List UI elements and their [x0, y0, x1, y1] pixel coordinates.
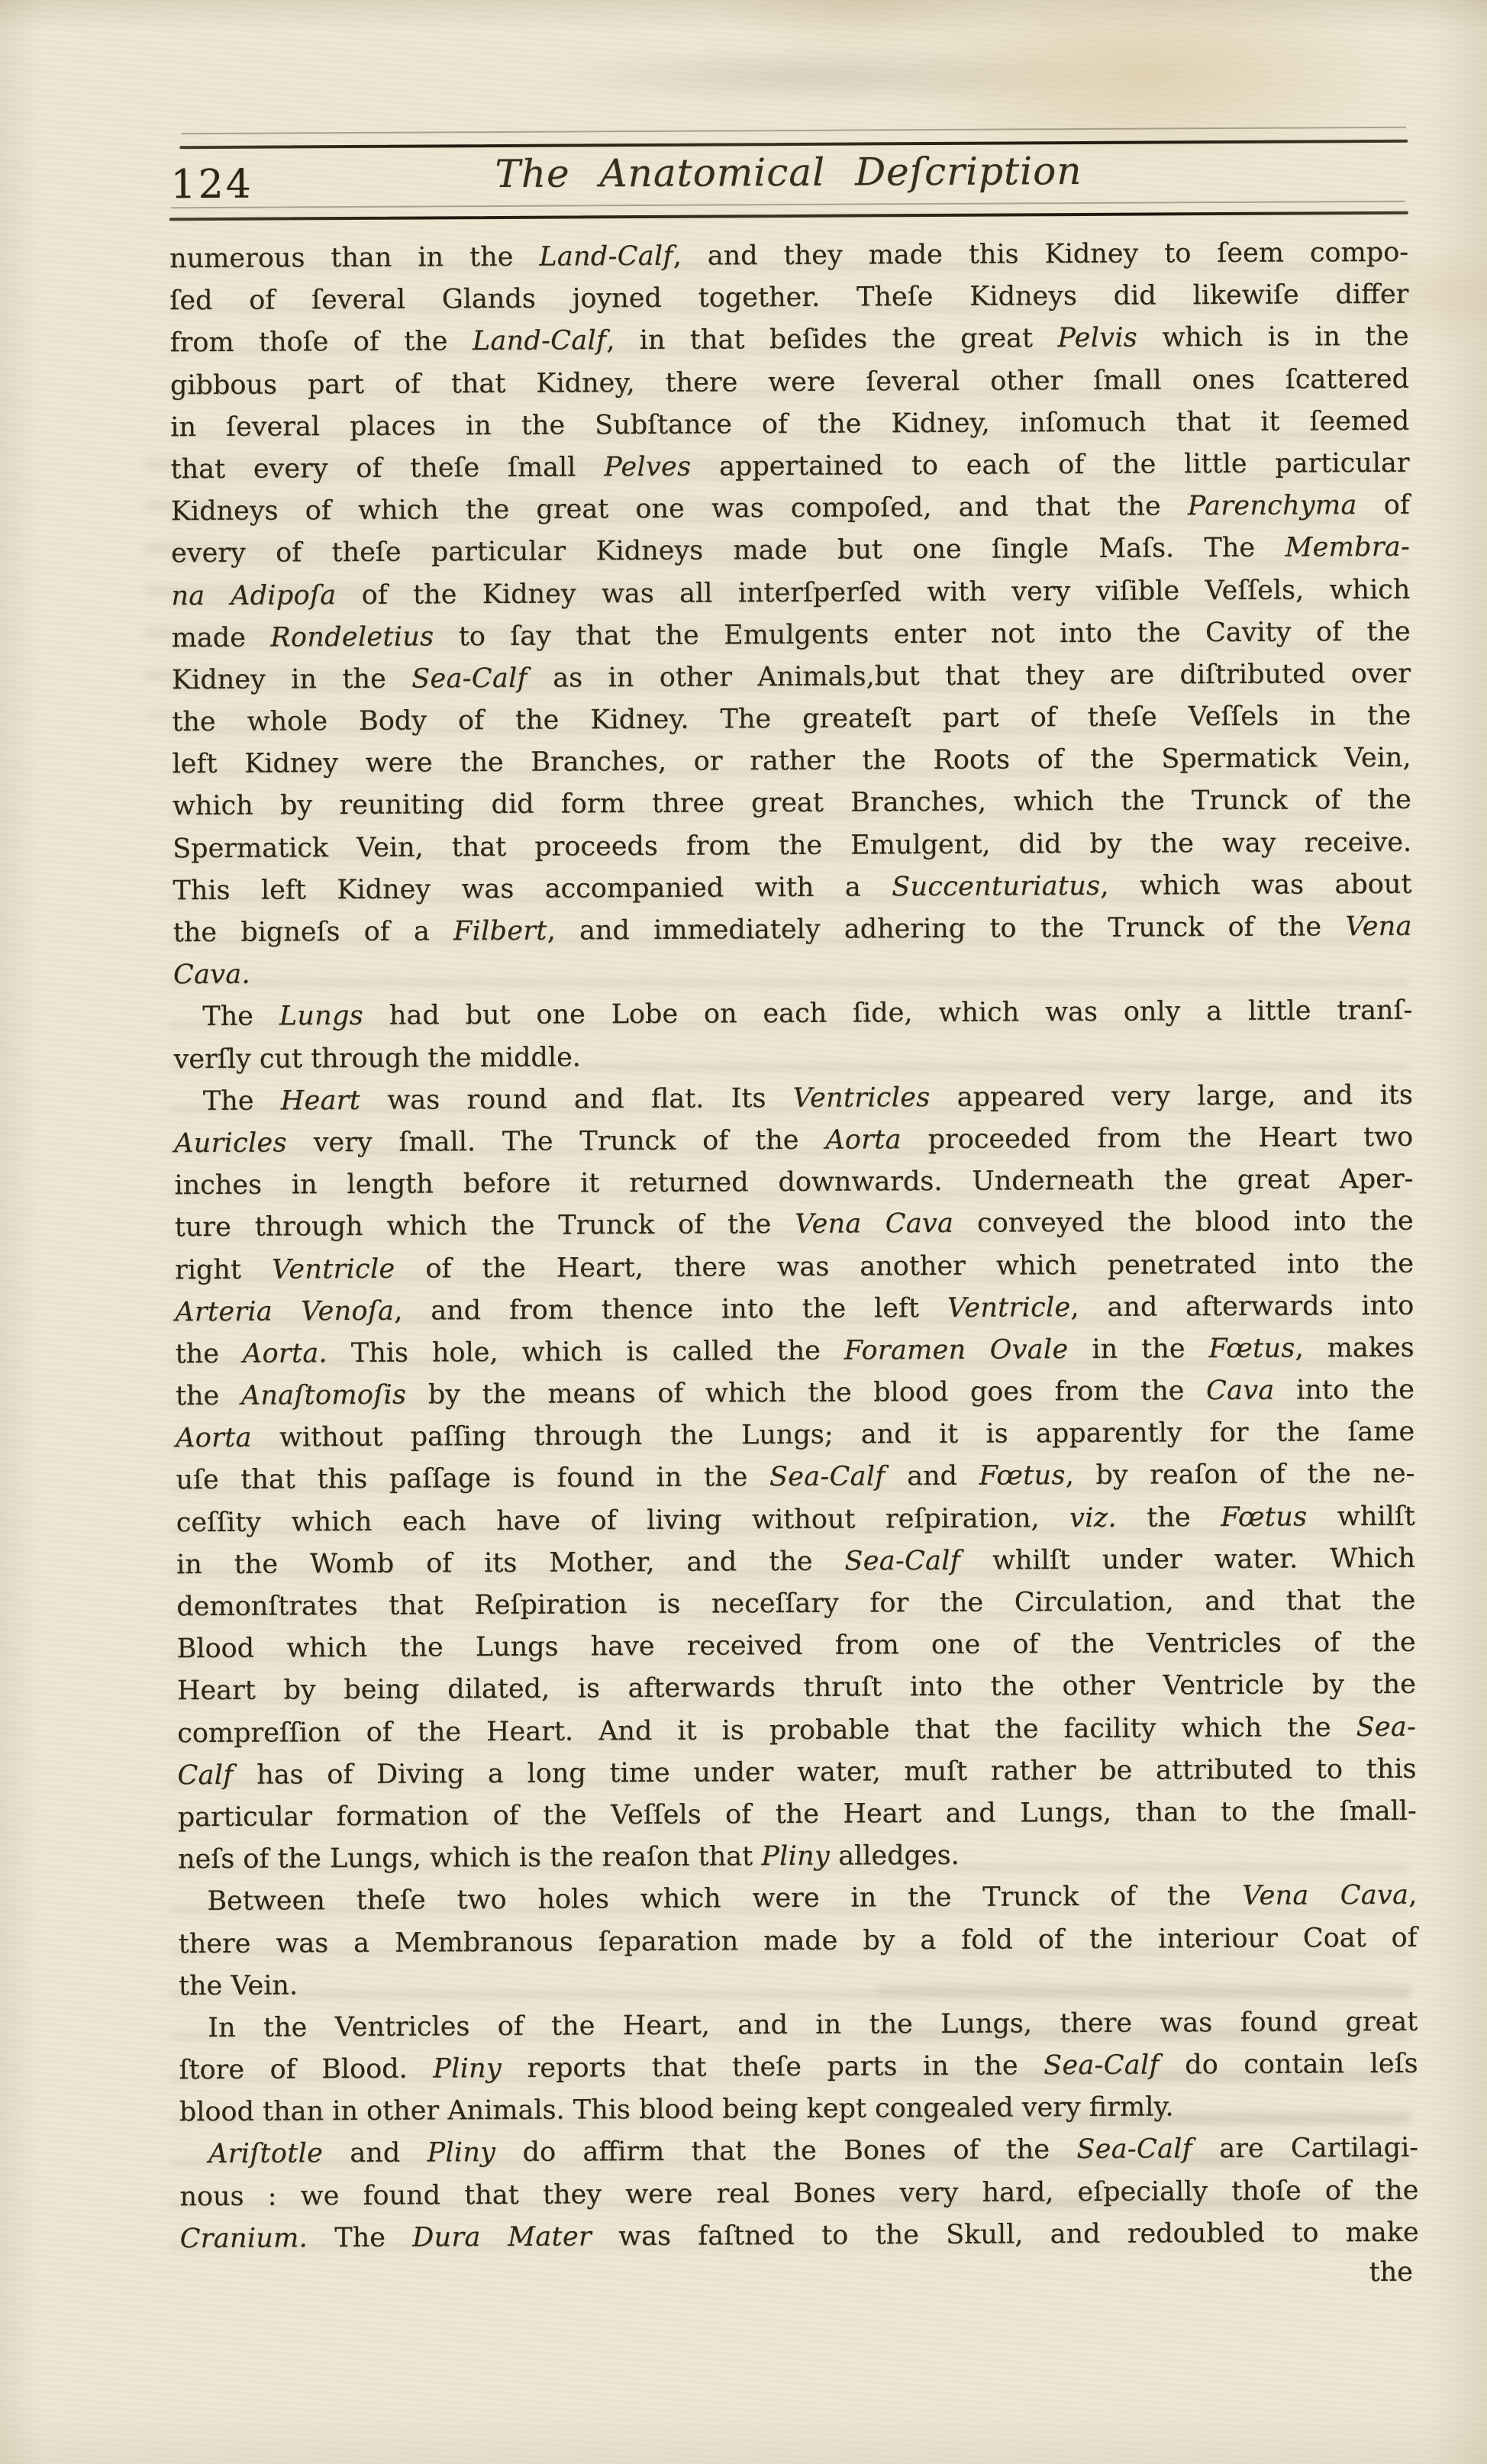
text-line: in ſeveral places in the Subſtance of th… [170, 400, 1409, 449]
text-line: Cranium. The Dura Mater was faſtned to t… [180, 2212, 1419, 2261]
book-page: 124 The Anatomical Deſcription numerous … [0, 0, 1487, 2464]
text-line: the Vein. [179, 1959, 1418, 2008]
running-header-title: The Anatomical Deſcription [169, 148, 1408, 197]
header-rule-bottom-faint [171, 201, 1405, 208]
text-line: Kidneys of which the great one was compo… [171, 485, 1410, 534]
text-line: Auricles very ſmall. The Trunck of the A… [174, 1117, 1413, 1166]
text-line: This left Kidney was accompanied with a … [173, 864, 1411, 913]
text-line: numerous than in the Land-Calf, and they… [169, 232, 1408, 281]
text-line: Kidney in the Sea-Calf as in other Anima… [172, 653, 1411, 702]
text-line: gibbous part of that Kidney, there were … [170, 358, 1409, 407]
text-line: that every of theſe ſmall Pelves apperta… [170, 443, 1409, 492]
text-line: demonſtrates that Reſpiration is neceſſa… [176, 1580, 1415, 1629]
text-line: which by reuniting did form three great … [173, 779, 1411, 828]
text-line: made Rondeletius to ſay that the Emulgen… [172, 611, 1411, 660]
text-line: ture through which the Trunck of the Ven… [175, 1201, 1414, 1250]
text-line: Between theſe two holes which were in th… [178, 1875, 1417, 1924]
text-line: Blood which the Lungs have received from… [176, 1622, 1415, 1671]
text-line: neſs of the Lungs, which is the reaſon t… [178, 1833, 1417, 1882]
text-line: Arteria Venoſa, and from thence into the… [175, 1285, 1414, 1334]
text-line: Cava. [173, 948, 1412, 997]
text-line: verſly cut through the middle. [173, 1032, 1412, 1081]
text-line: na Adipoſa of the Kidney was all interſp… [171, 569, 1410, 618]
printed-area: 124 The Anatomical Deſcription numerous … [168, 0, 1419, 2369]
text-line: Calf has of Diving a long time under wat… [177, 1748, 1416, 1797]
text-line: right Ventricle of the Heart, there was … [175, 1243, 1414, 1292]
text-line: every of theſe particular Kidneys made b… [171, 527, 1410, 576]
text-line: the Aorta. This hole, which is called th… [175, 1327, 1414, 1376]
text-block: numerous than in the Land-Calf, and they… [169, 232, 1419, 2260]
text-line: from thoſe of the Land-Calf, in that beſ… [170, 316, 1409, 365]
text-line: the whole Body of the Kidney. The greate… [172, 695, 1411, 744]
header-rule-top-faint [181, 127, 1406, 134]
text-line: blood than in other Animals. This blood … [179, 2085, 1418, 2134]
header-rule-bottom [169, 211, 1408, 221]
header-rule-top [179, 140, 1408, 149]
text-line: ſtore of Blood. Pliny reports that theſe… [179, 2043, 1418, 2092]
text-line: ſed of ſeveral Glands joyned together. T… [169, 274, 1408, 323]
text-line: nous : we found that they were real Bone… [179, 2169, 1418, 2218]
text-line: Aorta without paſſing through the Lungs;… [176, 1411, 1414, 1460]
text-line: particular formation of the Veſſels of t… [178, 1791, 1417, 1840]
text-line: there was a Membranous ſeparation made b… [179, 1917, 1418, 1966]
text-line: In the Ventricles of the Heart, and in t… [179, 2001, 1418, 2050]
text-line: Ariſtotle and Pliny do affirm that the B… [179, 2127, 1418, 2176]
text-line: Spermatick Vein, that proceeds from the … [173, 821, 1411, 870]
text-line: The Lungs had but one Lobe on each ſide,… [173, 990, 1412, 1039]
text-line: compreſſion of the Heart. And it is prob… [177, 1706, 1416, 1755]
text-line: The Heart was round and flat. Its Ventri… [174, 1074, 1413, 1123]
text-line: ceſſity which each have of living withou… [176, 1495, 1415, 1544]
text-line: inches in length before it returned down… [174, 1159, 1413, 1208]
text-line: in the Womb of its Mother, and the Sea-C… [176, 1538, 1415, 1587]
text-line: uſe that this paſſage is found in the Se… [176, 1453, 1414, 1502]
text-line: the bigneſs of a Filbert, and immediatel… [173, 906, 1412, 955]
text-line: Heart by being dilated, is afterwards th… [177, 1664, 1416, 1713]
catchword: the [1369, 2252, 1413, 2294]
text-line: left Kidney were the Branches, or rather… [172, 737, 1411, 786]
text-line: the Anaſtomoſis by the means of which th… [176, 1369, 1414, 1418]
